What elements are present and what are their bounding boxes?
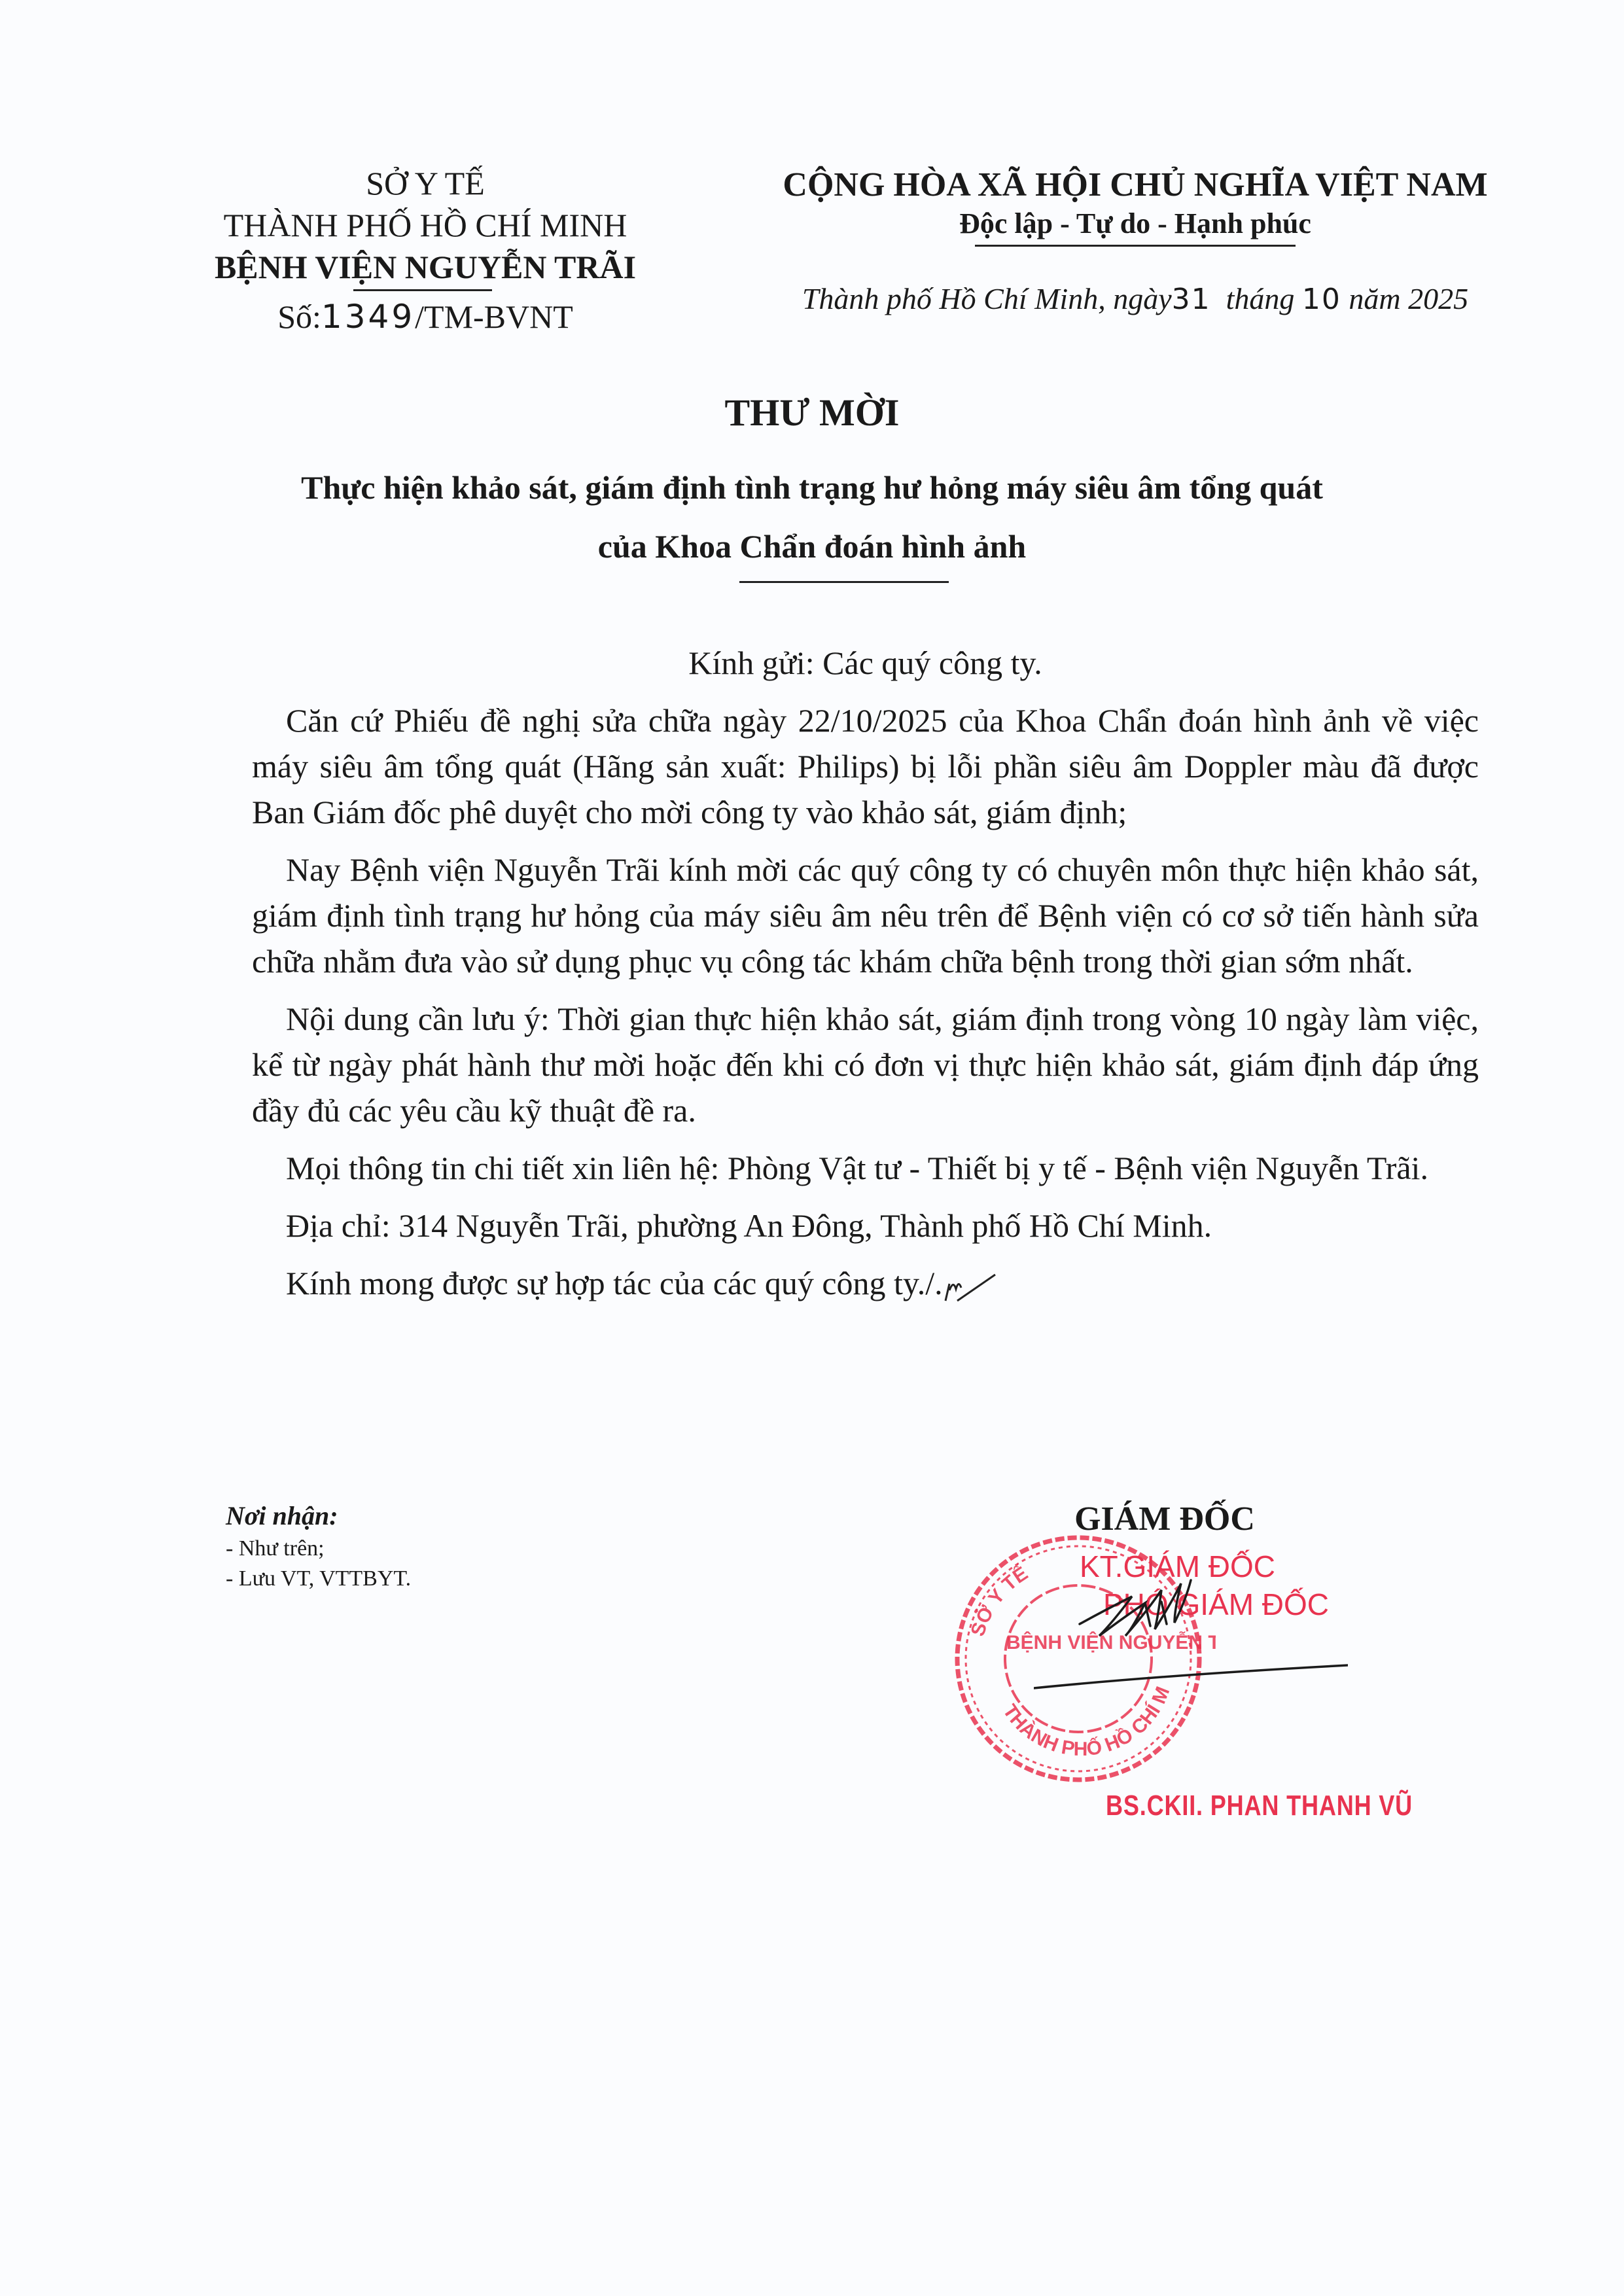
recipient-item: - Lưu VT, VTTBYT. [226,1564,651,1594]
subtitle-line-2: của Khoa Chẩn đoán hình ảnh [164,517,1460,576]
salutation: Kính gửi: Các quý công ty. [252,640,1479,686]
doc-number-handwritten: 1349 [321,298,415,336]
svg-text:SỞ Y TẾ: SỞ Y TẾ [967,1562,1032,1639]
date-day: 31 [1172,283,1211,316]
subtitle-line-1: Thực hiện khảo sát, giám định tình trạng… [164,458,1460,517]
date-prefix: Thành phố Hồ Chí Minh, ngày [802,282,1172,315]
hospital-name: BỆNH VIỆN NGUYỄN TRÃI [164,246,687,288]
title-divider [739,581,949,583]
paragraph-notes: Nội dung cần lưu ý: Thời gian thực hiện … [252,996,1479,1133]
hospital-underline [353,289,492,291]
national-header-block: CỘNG HÒA XÃ HỘI CHỦ NGHĨA VIỆT NAM Độc l… [733,165,1538,319]
recipients-block: Nơi nhận: - Như trên; - Lưu VT, VTTBYT. [226,1498,651,1594]
national-title: CỘNG HÒA XÃ HỘI CHỦ NGHĨA VIỆT NAM [733,165,1538,205]
national-motto: Độc lập - Tự do - Hạnh phúc [733,205,1538,242]
initial-mark-icon [943,1271,1021,1303]
city-name: THÀNH PHỐ HỒ CHÍ MINH [164,204,687,246]
doc-number-prefix: Số: [277,298,321,335]
document-subtitle: Thực hiện khảo sát, giám định tình trạng… [164,458,1460,576]
issue-date: Thành phố Hồ Chí Minh, ngày31 tháng 10 n… [733,279,1538,319]
paragraph-address: Địa chỉ: 314 Nguyễn Trãi, phường An Đông… [252,1203,1479,1248]
paragraph-closing: Kính mong được sự hợp tác của các quý cô… [252,1260,1479,1306]
doc-number-suffix: /TM-BVNT [415,298,573,335]
hospital-name-text: BỆNH VIỆN NGUYỄN TRÃI [215,249,636,285]
document-number: Số:1349/TM-BVNT [164,296,687,338]
motto-underline [975,245,1296,247]
issuing-agency-block: SỞ Y TẾ THÀNH PHỐ HỒ CHÍ MINH BỆNH VIỆN … [164,162,687,338]
paragraph-basis: Căn cứ Phiếu đề nghị sửa chữa ngày 22/10… [252,698,1479,835]
date-month-label: tháng [1226,282,1295,315]
document-title: THƯ MỜI [0,390,1624,436]
handwritten-signature-icon [1034,1570,1348,1701]
letter-body: Kính gửi: Các quý công ty. Căn cứ Phiếu … [252,640,1479,1318]
date-year: năm 2025 [1349,282,1468,315]
paragraph-invitation: Nay Bệnh viện Nguyễn Trãi kính mời các q… [252,847,1479,984]
recipient-item: - Như trên; [226,1534,651,1564]
agency-name: SỞ Y TẾ [164,162,687,204]
signer-name: BS.CKII. PHAN THANH VŨ [1106,1790,1413,1822]
closing-text: Kính mong được sự hợp tác của các quý cô… [286,1265,943,1301]
recipients-heading: Nơi nhận: [226,1498,651,1534]
paragraph-contact: Mọi thông tin chi tiết xin liên hệ: Phòn… [252,1145,1479,1191]
date-month: 10 [1302,283,1341,316]
